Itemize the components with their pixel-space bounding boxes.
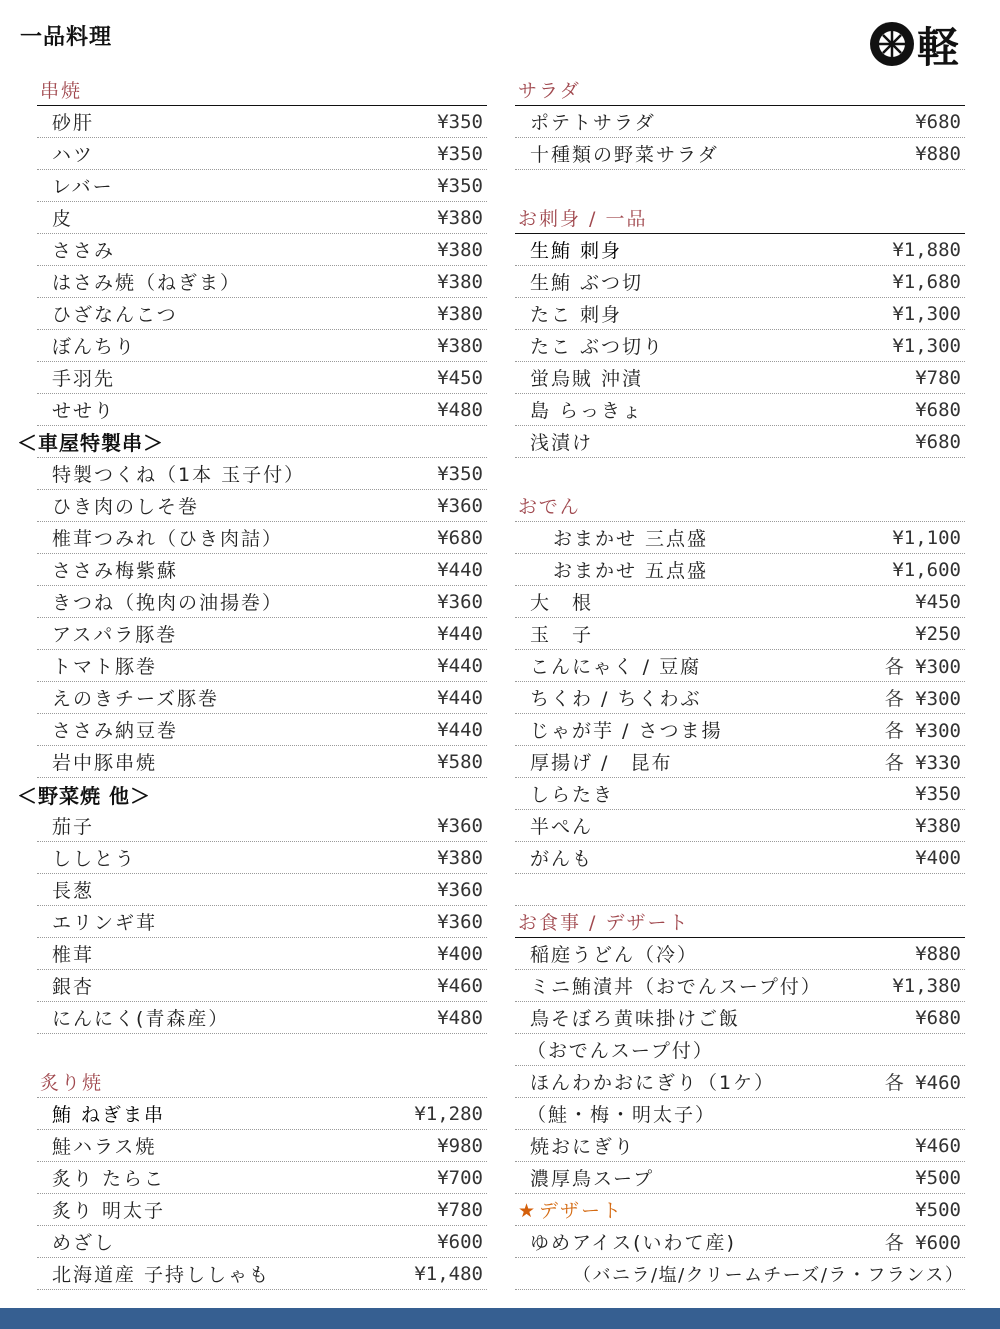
- item-price: ¥980: [437, 1135, 487, 1157]
- item-price: ¥250: [915, 623, 965, 645]
- item-price: ¥360: [437, 911, 487, 933]
- item-price: ¥350: [915, 783, 965, 805]
- menu-item-note: （鮭・梅・明太子）: [515, 1098, 965, 1130]
- item-price: ¥360: [437, 815, 487, 837]
- menu-item: 北海道産 子持ししゃも¥1,480: [37, 1258, 487, 1290]
- item-name: 銀杏: [37, 972, 94, 999]
- item-price: ¥880: [915, 943, 965, 965]
- menu-item: えのきチーズ豚巻¥440: [37, 682, 487, 714]
- logo-character: 軽: [917, 23, 959, 70]
- item-price: ¥350: [437, 175, 487, 197]
- item-price: ¥680: [915, 431, 965, 453]
- menu-item: 手羽先¥450: [37, 362, 487, 394]
- item-name: 皮: [37, 204, 73, 231]
- item-name: こんにゃく / 豆腐: [515, 652, 701, 679]
- menu-item: こんにゃく / 豆腐各 ¥300: [515, 650, 965, 682]
- item-price: ¥440: [437, 719, 487, 741]
- item-name: （おでんスープ付）: [515, 1036, 714, 1063]
- item-price: ¥380: [437, 239, 487, 261]
- menu-item: しらたき¥350: [515, 778, 965, 810]
- menu-item: 浅漬け¥680: [515, 426, 965, 458]
- item-name: サラダ: [515, 76, 581, 103]
- restaurant-logo: 軽: [868, 18, 964, 70]
- menu-item: 生鮪 ぶつ切¥1,680: [515, 266, 965, 298]
- item-name: お刺身 / 一品: [515, 204, 647, 231]
- item-name: 玉 子: [515, 620, 593, 647]
- item-price: ¥460: [437, 975, 487, 997]
- item-price: ¥1,300: [892, 335, 965, 357]
- item-price: ¥1,480: [414, 1263, 487, 1285]
- item-price: ¥500: [915, 1167, 965, 1189]
- item-price: ¥380: [437, 303, 487, 325]
- menu-item: めざし¥600: [37, 1226, 487, 1258]
- item-price: ¥360: [437, 495, 487, 517]
- menu-item-note: （おでんスープ付）: [515, 1034, 965, 1066]
- item-name: ささみ納豆巻: [37, 716, 178, 743]
- item-name: デザート: [539, 1200, 623, 1222]
- item-name: ひざなんこつ: [37, 300, 178, 327]
- menu-item-dessert: ★デザート ¥500: [515, 1194, 965, 1226]
- menu-item: じゃが芋 / さつま揚各 ¥300: [515, 714, 965, 746]
- item-name: ＜車屋特製串＞: [17, 427, 164, 456]
- item-price: 各 ¥300: [885, 652, 965, 679]
- menu-item: ハツ¥350: [37, 138, 487, 170]
- item-price: ¥440: [437, 559, 487, 581]
- item-price: 各 ¥300: [885, 716, 965, 743]
- item-price: ¥1,680: [892, 271, 965, 293]
- item-price: ¥1,600: [892, 559, 965, 581]
- item-price: ¥350: [437, 111, 487, 133]
- item-price: ¥1,100: [892, 527, 965, 549]
- item-price: ¥780: [915, 367, 965, 389]
- item-name: 鮭ハラス焼: [37, 1132, 156, 1159]
- menu-item: おまかせ 三点盛¥1,100: [515, 522, 965, 554]
- item-name: ミニ鮪漬丼（おでんスープ付）: [515, 972, 822, 999]
- item-name: きつね（挽肉の油揚巻）: [37, 588, 283, 615]
- menu-item: 特製つくね（1本 玉子付）¥350: [37, 458, 487, 490]
- item-name: 椎茸: [37, 940, 94, 967]
- menu-item: 砂肝¥350: [37, 106, 487, 138]
- menu-item: 大 根¥450: [515, 586, 965, 618]
- item-price: ¥440: [437, 655, 487, 677]
- item-name: ちくわ / ちくわぶ: [515, 684, 701, 711]
- item-name: 茄子: [37, 812, 94, 839]
- item-price: ¥400: [915, 847, 965, 869]
- menu-item: 岩中豚串焼¥580: [37, 746, 487, 778]
- menu-item: ミニ鮪漬丼（おでんスープ付）¥1,380: [515, 970, 965, 1002]
- subsection-title-special: ＜車屋特製串＞: [37, 426, 487, 458]
- item-price: ¥440: [437, 687, 487, 709]
- item-name: 炙り 明太子: [37, 1196, 165, 1223]
- item-price: ¥380: [437, 207, 487, 229]
- item-name: おでん: [515, 492, 581, 519]
- item-name: ハツ: [37, 140, 94, 167]
- item-price: ¥500: [915, 1199, 965, 1221]
- item-name: せせり: [37, 396, 115, 423]
- item-price: ¥380: [437, 847, 487, 869]
- item-name: （バニラ/塩/クリームチーズ/ラ・フランス）: [515, 1261, 964, 1287]
- menu-item: 十種類の野菜サラダ¥880: [515, 138, 965, 170]
- menu-item: トマト豚巻¥440: [37, 650, 487, 682]
- item-price: ¥360: [437, 879, 487, 901]
- item-name: ししとう: [37, 844, 136, 871]
- section-header-sashimi: お刺身 / 一品: [515, 202, 965, 234]
- menu-item: 島 らっきょ¥680: [515, 394, 965, 426]
- item-price: ¥350: [437, 463, 487, 485]
- menu-item-note: （バニラ/塩/クリームチーズ/ラ・フランス）: [515, 1258, 965, 1290]
- menu-item: ポテトサラダ¥680: [515, 106, 965, 138]
- item-price: ¥380: [915, 815, 965, 837]
- page-title: 一品料理: [20, 20, 112, 51]
- section-header-salad: サラダ: [515, 74, 965, 106]
- item-name: たこ 刺身: [515, 300, 622, 327]
- item-name: 鮪 ねぎま串: [37, 1100, 165, 1127]
- menu-item: 長葱¥360: [37, 874, 487, 906]
- menu-item: 鳥そぼろ黄味掛けご飯¥680: [515, 1002, 965, 1034]
- subsection-title-vegetables: ＜野菜焼 他＞: [37, 778, 487, 810]
- item-name: 鳥そぼろ黄味掛けご飯: [515, 1004, 740, 1031]
- item-price: ¥1,300: [892, 303, 965, 325]
- menu-item: ぼんちり¥380: [37, 330, 487, 362]
- item-price: ¥780: [437, 1199, 487, 1221]
- item-name: 串焼: [37, 76, 82, 103]
- item-name: 生鮪 刺身: [515, 236, 622, 263]
- item-name: 蛍烏賊 沖漬: [515, 364, 643, 391]
- item-price: 各 ¥300: [885, 684, 965, 711]
- item-name: ゆめアイス(いわて産): [515, 1228, 736, 1255]
- item-name: ささみ梅紫蘇: [37, 556, 178, 583]
- item-name: 厚揚げ / 昆布: [515, 748, 672, 775]
- item-name: ポテトサラダ: [515, 108, 656, 135]
- spacer: [515, 458, 965, 490]
- item-name: ＜野菜焼 他＞: [17, 780, 151, 809]
- item-price: ¥680: [915, 399, 965, 421]
- menu-item: がんも¥400: [515, 842, 965, 874]
- item-name: たこ ぶつ切り: [515, 332, 664, 359]
- item-price: ¥880: [915, 143, 965, 165]
- menu-item: 焼おにぎり¥460: [515, 1130, 965, 1162]
- item-price: ¥440: [437, 623, 487, 645]
- item-price: ¥360: [437, 591, 487, 613]
- menu-item: たこ ぶつ切り¥1,300: [515, 330, 965, 362]
- spacer: [515, 170, 965, 202]
- menu-item: たこ 刺身¥1,300: [515, 298, 965, 330]
- item-name: （鮭・梅・明太子）: [515, 1100, 716, 1127]
- item-name: エリンギ茸: [37, 908, 157, 935]
- menu-item: ひき肉のしそ巻¥360: [37, 490, 487, 522]
- menu-item: ほんわかおにぎり（1ケ）各 ¥460: [515, 1066, 965, 1098]
- item-name: 北海道産 子持ししゃも: [37, 1260, 270, 1287]
- item-price: ¥400: [437, 943, 487, 965]
- menu-item: きつね（挽肉の油揚巻）¥360: [37, 586, 487, 618]
- section-header-aburi: 炙り焼: [37, 1066, 487, 1098]
- item-name: 手羽先: [37, 364, 115, 391]
- menu-item: せせり¥480: [37, 394, 487, 426]
- menu-item: アスパラ豚巻¥440: [37, 618, 487, 650]
- menu-item: エリンギ茸¥360: [37, 906, 487, 938]
- item-price: ¥580: [437, 751, 487, 773]
- item-name: アスパラ豚巻: [37, 620, 177, 647]
- item-name: 島 らっきょ: [515, 396, 643, 423]
- menu-item: 厚揚げ / 昆布各 ¥330: [515, 746, 965, 778]
- item-price: ¥450: [915, 591, 965, 613]
- item-name: しらたき: [515, 780, 614, 807]
- item-price: ¥680: [437, 527, 487, 549]
- item-name: レバー: [37, 172, 114, 199]
- menu-item: 濃厚鳥スープ¥500: [515, 1162, 965, 1194]
- item-name: 炙り たらこ: [37, 1164, 165, 1191]
- spacer: [515, 874, 965, 906]
- item-name: ぼんちり: [37, 332, 136, 359]
- item-name: 椎茸つみれ（ひき肉詰）: [37, 524, 283, 551]
- item-price: ¥480: [437, 399, 487, 421]
- item-name: おまかせ 三点盛: [515, 524, 708, 551]
- item-price: ¥600: [437, 1231, 487, 1253]
- item-name: めざし: [37, 1228, 115, 1255]
- item-name: 稲庭うどん（冷）: [515, 940, 698, 967]
- item-price: ¥460: [915, 1135, 965, 1157]
- item-price: ¥1,880: [892, 239, 965, 261]
- item-price: ¥680: [915, 111, 965, 133]
- menu-item: 椎茸つみれ（ひき肉詰）¥680: [37, 522, 487, 554]
- item-name: えのきチーズ豚巻: [37, 684, 219, 711]
- menu-item: ささみ納豆巻¥440: [37, 714, 487, 746]
- menu-item: はさみ焼（ねぎま）¥380: [37, 266, 487, 298]
- item-name: 長葱: [37, 876, 94, 903]
- menu-item: 半ぺん¥380: [515, 810, 965, 842]
- item-price: ¥380: [437, 271, 487, 293]
- item-price: ¥700: [437, 1167, 487, 1189]
- item-name: ほんわかおにぎり（1ケ）: [515, 1068, 775, 1095]
- menu-item: ひざなんこつ¥380: [37, 298, 487, 330]
- spacer: [37, 1034, 487, 1066]
- item-price: 各 ¥600: [885, 1228, 965, 1255]
- item-name: 砂肝: [37, 108, 94, 135]
- menu-item: ささみ梅紫蘇¥440: [37, 554, 487, 586]
- item-name: ひき肉のしそ巻: [37, 492, 199, 519]
- menu-item: ささみ¥380: [37, 234, 487, 266]
- menu-item: 蛍烏賊 沖漬¥780: [515, 362, 965, 394]
- item-name: 炙り焼: [37, 1068, 103, 1095]
- section-header-meals: お食事 / デザート: [515, 906, 965, 938]
- item-price: ¥1,280: [414, 1103, 487, 1125]
- menu-item: 椎茸¥400: [37, 938, 487, 970]
- menu-item: にんにく(青森産）¥480: [37, 1002, 487, 1034]
- item-name: 濃厚鳥スープ: [515, 1164, 654, 1191]
- item-name: がんも: [515, 844, 593, 871]
- menu-item: 茄子¥360: [37, 810, 487, 842]
- item-name: はさみ焼（ねぎま）: [37, 268, 241, 295]
- item-name: 十種類の野菜サラダ: [515, 140, 719, 167]
- menu-item: 生鮪 刺身¥1,880: [515, 234, 965, 266]
- item-price: ¥480: [437, 1007, 487, 1029]
- footer-bar: [0, 1308, 1000, 1329]
- item-name: おまかせ 五点盛: [515, 556, 708, 583]
- section-header-kushiyaki: 串焼: [37, 74, 487, 106]
- item-price: ¥680: [915, 1007, 965, 1029]
- menu-item: 鮭ハラス焼¥980: [37, 1130, 487, 1162]
- menu-item: ゆめアイス(いわて産)各 ¥600: [515, 1226, 965, 1258]
- wheel-logo-icon: 軽: [868, 18, 964, 70]
- item-name: にんにく(青森産）: [37, 1004, 229, 1031]
- item-name: ささみ: [37, 236, 115, 263]
- menu-item: 炙り 明太子¥780: [37, 1194, 487, 1226]
- item-name: 焼おにぎり: [515, 1132, 635, 1159]
- right-column: サラダ ポテトサラダ¥680 十種類の野菜サラダ¥880 お刺身 / 一品 生鮪…: [515, 74, 965, 1290]
- item-price: ¥450: [437, 367, 487, 389]
- item-name: 生鮪 ぶつ切: [515, 268, 643, 295]
- item-name: 半ぺん: [515, 812, 593, 839]
- menu-item: 銀杏¥460: [37, 970, 487, 1002]
- menu-item: 皮¥380: [37, 202, 487, 234]
- item-price: 各 ¥460: [885, 1068, 965, 1095]
- menu-item: 稲庭うどん（冷）¥880: [515, 938, 965, 970]
- item-name: 特製つくね（1本 玉子付）: [37, 460, 305, 487]
- item-price: 各 ¥330: [885, 748, 965, 775]
- item-name: 大 根: [515, 588, 593, 615]
- menu-item: おまかせ 五点盛¥1,600: [515, 554, 965, 586]
- item-name: 岩中豚串焼: [37, 748, 157, 775]
- item-price: ¥350: [437, 143, 487, 165]
- item-name: 浅漬け: [515, 428, 593, 455]
- item-name: お食事 / デザート: [515, 908, 689, 935]
- star-icon: ★: [518, 1200, 537, 1222]
- menu-item: ちくわ / ちくわぶ各 ¥300: [515, 682, 965, 714]
- item-name: トマト豚巻: [37, 652, 157, 679]
- item-name: じゃが芋 / さつま揚: [515, 716, 722, 743]
- left-column: 串焼 砂肝¥350 ハツ¥350 レバー¥350 皮¥380 ささみ¥380 は…: [37, 74, 487, 1290]
- menu-item: ししとう¥380: [37, 842, 487, 874]
- menu-item: 鮪 ねぎま串¥1,280: [37, 1098, 487, 1130]
- section-header-oden: おでん: [515, 490, 965, 522]
- item-price: ¥380: [437, 335, 487, 357]
- item-price: ¥1,380: [892, 975, 965, 997]
- menu-item: 玉 子¥250: [515, 618, 965, 650]
- menu-item: 炙り たらこ¥700: [37, 1162, 487, 1194]
- menu-item: レバー¥350: [37, 170, 487, 202]
